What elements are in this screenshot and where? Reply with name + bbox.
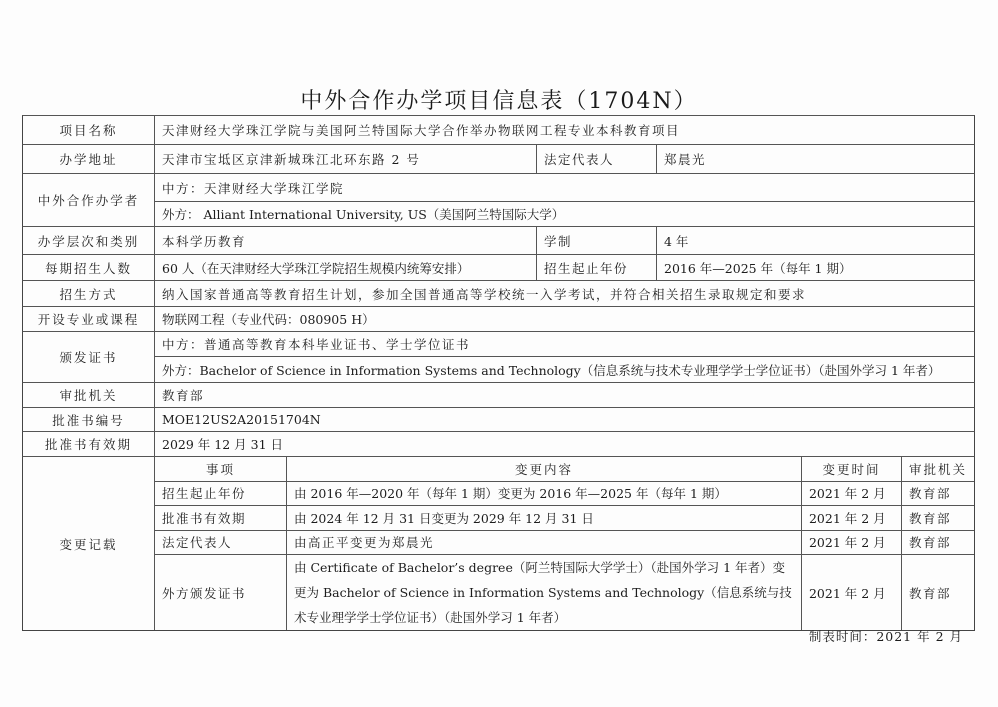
value-cert-chinese: 中方：普通高等教育本科毕业证书、学士学位证书	[155, 332, 974, 356]
row-enrollment: 每期招生人数 60 人（在天津财经大学珠江学院招生规模内统筹安排） 招生起止年份…	[22, 254, 975, 280]
change-content: 由 2024 年 12 月 31 日变更为 2029 年 12 月 31 日	[286, 506, 801, 530]
value-project-name: 天津财经大学珠江学院与美国阿兰特国际大学合作举办物联网工程专业本科教育项目	[155, 116, 974, 144]
value-enroll-period: 2016 年—2025 年（每年 1 期）	[656, 255, 974, 280]
change-content: 由高正平变更为郑晨光	[286, 531, 801, 555]
row-level: 办学层次和类别 本科学历教育 学制 4 年	[22, 226, 975, 254]
label-certificates: 颁发证书	[23, 332, 155, 382]
row-major: 开设专业或课程 物联网工程（专业代码：080905 H）	[22, 306, 975, 331]
change-time: 2021 年 2 月	[801, 555, 901, 630]
value-cert-foreign: 外方：Bachelor of Science in Information Sy…	[155, 356, 974, 382]
label-major: 开设专业或课程	[23, 307, 155, 331]
change-authority: 教育部	[901, 482, 974, 506]
change-item: 招生起止年份	[155, 482, 286, 506]
value-duration: 4 年	[656, 227, 974, 254]
label-validity: 批准书有效期	[23, 432, 155, 456]
value-approval-no: MOE12US2A20151704N	[155, 408, 974, 431]
value-level: 本科学历教育	[155, 227, 536, 254]
row-certificates: 颁发证书 中方：普通高等教育本科毕业证书、学士学位证书 外方：Bachelor …	[22, 331, 975, 382]
value-address: 天津市宝坻区京津新城珠江北环东路 2 号	[155, 145, 536, 173]
change-authority: 教育部	[901, 555, 974, 630]
label-authority: 审批机关	[23, 383, 155, 407]
table-date-footer: 制表时间：2021 年 2 月	[809, 627, 963, 645]
label-admission: 招生方式	[23, 281, 155, 306]
change-item: 批准书有效期	[155, 506, 286, 530]
change-row: 招生起止年份 由 2016 年—2020 年（每年 1 期）变更为 2016 年…	[155, 481, 974, 506]
label-duration: 学制	[536, 227, 656, 254]
label-address: 办学地址	[23, 145, 155, 173]
change-item: 外方颁发证书	[155, 555, 286, 630]
label-partners: 中外合作办学者	[23, 174, 155, 226]
document-title: 中外合作办学项目信息表（1704N）	[0, 84, 998, 115]
label-project-name: 项目名称	[23, 116, 155, 144]
value-authority: 教育部	[155, 383, 974, 407]
partners-stack: 中方：天津财经大学珠江学院 外方： Alliant International …	[155, 174, 974, 226]
header-authority: 审批机关	[901, 457, 974, 481]
row-validity: 批准书有效期 2029 年 12 月 31 日	[22, 431, 975, 456]
row-authority: 审批机关 教育部	[22, 382, 975, 407]
value-partner-chinese: 中方：天津财经大学珠江学院	[155, 174, 974, 201]
info-table: 项目名称 天津财经大学珠江学院与美国阿兰特国际大学合作举办物联网工程专业本科教育…	[22, 115, 975, 631]
change-header-row: 事项 变更内容 变更时间 审批机关	[155, 457, 974, 481]
value-admission: 纳入国家普通高等教育招生计划，参加全国普通高等学校统一入学考试，并符合相关招生录…	[155, 281, 974, 306]
value-partner-foreign: 外方： Alliant International University, US…	[155, 201, 974, 226]
value-validity: 2029 年 12 月 31 日	[155, 432, 974, 456]
value-legal-rep: 郑晨光	[656, 145, 974, 173]
row-project-name: 项目名称 天津财经大学珠江学院与美国阿兰特国际大学合作举办物联网工程专业本科教育…	[22, 115, 975, 144]
label-approval-no: 批准书编号	[23, 408, 155, 431]
value-enrollment: 60 人（在天津财经大学珠江学院招生规模内统筹安排）	[155, 255, 536, 280]
change-authority: 教育部	[901, 531, 974, 555]
change-item: 法定代表人	[155, 531, 286, 555]
label-enroll-period: 招生起止年份	[536, 255, 656, 280]
change-time: 2021 年 2 月	[801, 506, 901, 530]
change-records-table: 事项 变更内容 变更时间 审批机关 招生起止年份 由 2016 年—2020 年…	[155, 457, 974, 630]
row-address: 办学地址 天津市宝坻区京津新城珠江北环东路 2 号 法定代表人 郑晨光	[22, 144, 975, 173]
change-content: 由 Certificate of Bachelor’s degree（阿兰特国际…	[286, 555, 801, 630]
label-enrollment: 每期招生人数	[23, 255, 155, 280]
row-partners: 中外合作办学者 中方：天津财经大学珠江学院 外方： Alliant Intern…	[22, 173, 975, 226]
change-row: 外方颁发证书 由 Certificate of Bachelor’s degre…	[155, 554, 974, 630]
header-time: 变更时间	[801, 457, 901, 481]
change-time: 2021 年 2 月	[801, 482, 901, 506]
change-time: 2021 年 2 月	[801, 531, 901, 555]
row-change-records: 变更记载 事项 变更内容 变更时间 审批机关 招生起止年份 由 2016 年—2…	[22, 456, 975, 631]
label-level: 办学层次和类别	[23, 227, 155, 254]
change-authority: 教育部	[901, 506, 974, 530]
change-content: 由 2016 年—2020 年（每年 1 期）变更为 2016 年—2025 年…	[286, 482, 801, 506]
certificates-stack: 中方：普通高等教育本科毕业证书、学士学位证书 外方：Bachelor of Sc…	[155, 332, 974, 382]
header-item: 事项	[155, 457, 286, 481]
change-row: 批准书有效期 由 2024 年 12 月 31 日变更为 2029 年 12 月…	[155, 505, 974, 530]
row-admission: 招生方式 纳入国家普通高等教育招生计划，参加全国普通高等学校统一入学考试，并符合…	[22, 280, 975, 306]
header-content: 变更内容	[286, 457, 801, 481]
label-legal-rep: 法定代表人	[536, 145, 656, 173]
value-major: 物联网工程（专业代码：080905 H）	[155, 307, 974, 331]
change-row: 法定代表人 由高正平变更为郑晨光 2021 年 2 月 教育部	[155, 530, 974, 555]
label-change-records: 变更记载	[23, 457, 155, 630]
row-approval-no: 批准书编号 MOE12US2A20151704N	[22, 407, 975, 431]
